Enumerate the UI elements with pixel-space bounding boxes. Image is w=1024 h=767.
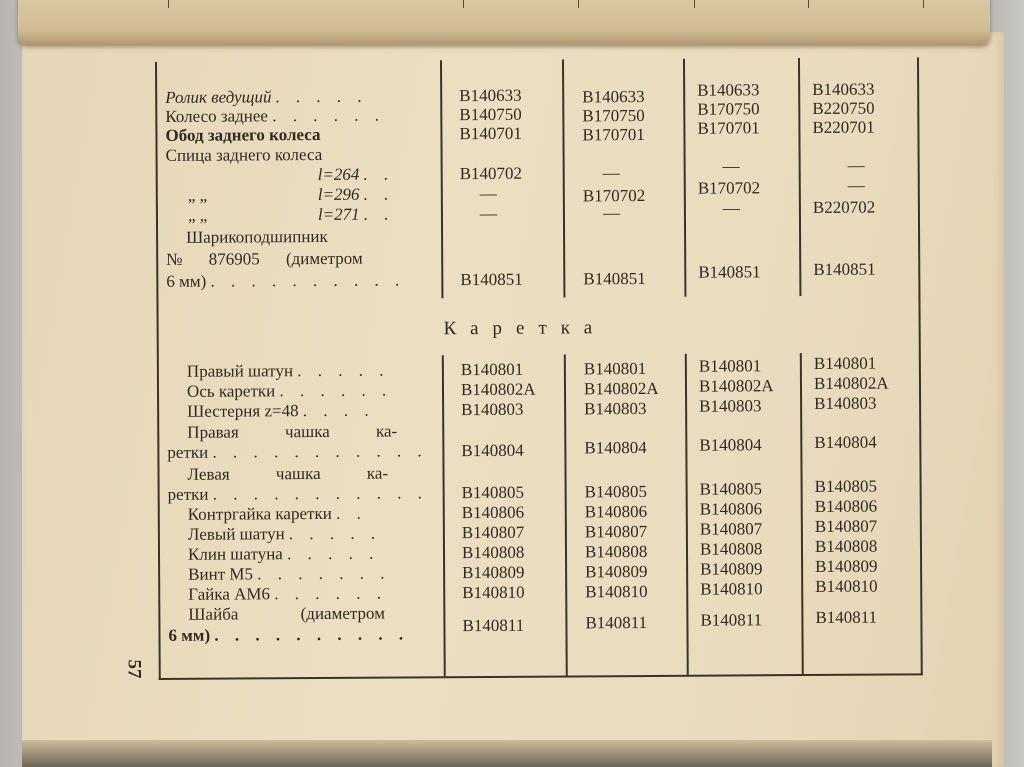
part-code: В140809 — [462, 563, 524, 583]
part-name: Обод заднего колеса — [165, 124, 440, 146]
part-code: — — [480, 204, 497, 224]
part-code: В140851 — [460, 270, 522, 290]
part-code: В140811 — [700, 610, 762, 630]
part-code: В140811 — [585, 613, 647, 633]
part-code: В140809 — [815, 557, 877, 577]
part-name: 6 мм) . . . . . . . . . . — [168, 624, 443, 646]
part-code: В140809 — [700, 559, 762, 579]
part-code: В140702 — [460, 164, 522, 184]
part-name: 6 мм) . . . . . . . . . . — [166, 270, 441, 292]
part-code: В140802А — [584, 379, 659, 399]
part-name: Контргайка каретки . . — [188, 503, 463, 525]
part-code: В140750 — [459, 105, 521, 125]
part-code: В140851 — [583, 269, 645, 289]
part-name: Правый шатун . . . . . — [187, 360, 462, 382]
part-name: Спица заднего колеса — [166, 144, 441, 166]
prev-page-rule — [578, 0, 579, 8]
part-code: В140807 — [700, 519, 762, 539]
part-code: — — [603, 203, 620, 223]
part-name: l=271 . . — [318, 203, 593, 225]
part-code: В140804 — [814, 433, 876, 453]
part-name: l=264 . . — [318, 163, 593, 185]
part-name: Левый шатун . . . . . — [188, 523, 463, 545]
part-code: — — [723, 156, 740, 176]
part-code: В140803 — [461, 400, 523, 420]
part-code: В140806 — [585, 502, 647, 522]
part-code: — — [603, 163, 620, 183]
part-code: — — [848, 156, 865, 176]
part-name: Левая чашка ка- — [187, 463, 462, 485]
previous-page-edge — [18, 0, 990, 44]
part-name: Шестерня z=48 . . . . — [187, 400, 462, 422]
prev-page-rule — [463, 0, 464, 8]
part-code: В140808 — [585, 542, 647, 562]
part-code: В140802А — [461, 380, 536, 400]
section-title: Каретка — [444, 317, 607, 340]
part-code: В140805 — [815, 477, 877, 497]
table-row: 6 мм) . . . . . . . . . . В140851 В14085… — [158, 267, 918, 292]
part-code: В140808 — [700, 539, 762, 559]
prev-page-rule — [923, 0, 924, 8]
table-row: ретки . . . . . . . . . . . В140804 В140… — [159, 438, 919, 463]
part-code: В140810 — [462, 583, 524, 603]
prev-page-rule — [168, 0, 169, 8]
part-code: В140801 — [699, 356, 761, 376]
part-code: В140810 — [815, 577, 877, 597]
part-code: В140803 — [814, 394, 876, 414]
part-code: В140803 — [584, 399, 646, 419]
part-code: В140851 — [698, 262, 760, 282]
part-code: В220701 — [812, 118, 874, 138]
part-code: В140633 — [459, 86, 521, 106]
part-code: В140805 — [462, 483, 524, 503]
part-code: В140801 — [814, 354, 876, 374]
part-name: Шайба (диаметром — [188, 603, 463, 625]
table-row: „ „ l=271 . . — — — В220702 — [158, 201, 918, 226]
part-name: l=296 . . — [318, 183, 593, 205]
page-number: 57 — [123, 660, 145, 679]
part-name: Правая чашка ка- — [187, 421, 462, 443]
part-code: В140810 — [585, 582, 647, 602]
table-row: № 876905 (диметром — [158, 245, 918, 270]
part-code: — — [723, 198, 740, 218]
part-code: В140801 — [461, 360, 523, 380]
part-code: В140801 — [584, 359, 646, 379]
part-code: В140811 — [815, 608, 877, 628]
part-code: В140802А — [814, 374, 889, 394]
part-name: Гайка АМ6 . . . . . . — [188, 583, 463, 605]
part-code: В140633 — [697, 80, 759, 100]
table-row: 6 мм) . . . . . . . . . . В140811 В14081… — [160, 621, 920, 646]
prev-page-rule — [808, 0, 809, 8]
part-code: В170701 — [697, 118, 759, 138]
part-code: В140802А — [699, 376, 774, 396]
prev-page-rule — [694, 0, 695, 8]
part-code: В140633 — [812, 80, 874, 100]
part-code: В170750 — [697, 99, 759, 119]
part-code: В140701 — [459, 124, 521, 144]
part-name: Клин шатуна . . . . . — [188, 543, 463, 565]
part-code: В220702 — [813, 198, 875, 218]
table-row: Шарикоподшипник — [158, 223, 918, 248]
part-name: Ось каретки . . . . . . — [187, 380, 462, 402]
part-code: — — [848, 176, 865, 196]
part-code: В140851 — [813, 260, 875, 280]
part-code: В140808 — [815, 537, 877, 557]
part-code: — — [480, 184, 497, 204]
part-code: В140806 — [815, 497, 877, 517]
part-code: В140809 — [585, 562, 647, 582]
part-code: В220750 — [812, 99, 874, 119]
part-code: В140807 — [462, 523, 524, 543]
part-code: В140806 — [700, 499, 762, 519]
part-code: В140811 — [462, 616, 524, 636]
part-name: Шарикоподшипник — [186, 226, 461, 248]
page-bottom-shadow — [22, 740, 992, 767]
part-code: В140804 — [461, 441, 523, 461]
part-code: В140805 — [585, 482, 647, 502]
part-code: В140804 — [699, 435, 761, 455]
part-code: В140807 — [815, 517, 877, 537]
part-name: ретки . . . . . . . . . . . — [167, 441, 442, 463]
part-code: В140803 — [699, 396, 761, 416]
part-code: В140808 — [462, 543, 524, 563]
part-name: Винт М5 . . . . . . . — [188, 563, 463, 585]
part-code: В140804 — [584, 438, 646, 458]
part-name: ретки . . . . . . . . . . . — [168, 483, 443, 505]
part-code: В140807 — [585, 522, 647, 542]
part-code: В170702 — [698, 178, 760, 198]
parts-table: Ролик ведущий . . . . . В140633 В140633 … — [155, 57, 923, 680]
part-code: В140810 — [700, 579, 762, 599]
part-name: № 876905 (диметром — [166, 248, 441, 270]
part-code: В140805 — [700, 479, 762, 499]
part-code: В140806 — [462, 503, 524, 523]
